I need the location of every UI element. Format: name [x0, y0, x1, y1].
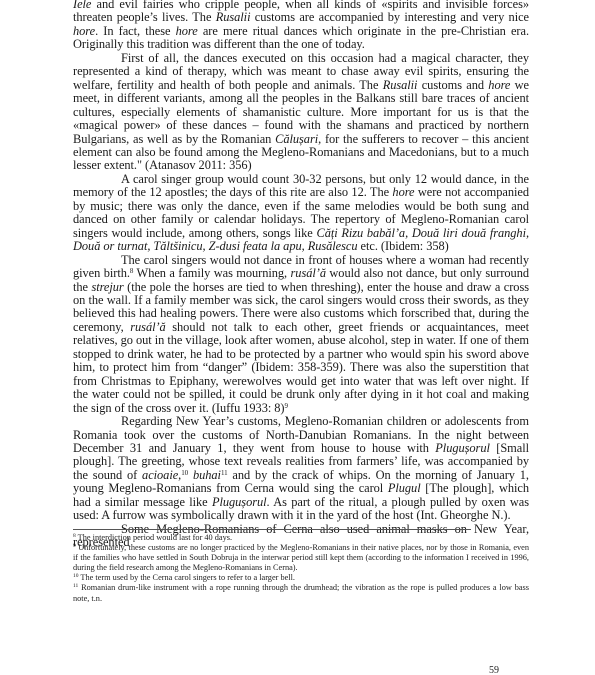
italic-term: hore [392, 185, 414, 199]
footnote-11: 11 Romanian drum-like instrument with a … [73, 583, 529, 603]
italic-term: strejur [91, 280, 123, 294]
italic-term: Rusalii [383, 78, 418, 92]
footnote-text: The term used by the Cerna carol singers… [79, 573, 296, 582]
body-paragraph: Iele and evil fairies who cripple people… [73, 0, 529, 52]
footnote-reference: 11 [221, 469, 228, 477]
italic-term: acioaie [142, 468, 178, 482]
text-run: should not talk to each other, greet fri… [73, 320, 529, 415]
italic-term: Călușari [275, 132, 318, 146]
italic-term: rusál’ă [291, 266, 326, 280]
body-paragraph: A carol singer group would count 30-32 p… [73, 173, 529, 254]
body-paragraph: The carol singers would not dance in fro… [73, 254, 529, 415]
italic-term: Rusalii [216, 10, 251, 24]
footnote-text: Unfortunately, these customs are no long… [73, 543, 529, 572]
italic-term: Plugușorul [212, 495, 267, 509]
footnote-text: Romanian drum-like instrument with a rop… [73, 583, 529, 602]
body-text: Iele and evil fairies who cripple people… [73, 0, 529, 550]
italic-term: hore [176, 24, 198, 38]
body-paragraph: First of all, the dances executed on thi… [73, 52, 529, 173]
footnote-separator [73, 529, 471, 530]
footnotes-section: 8 The interdiction period would last for… [73, 533, 529, 604]
page-number: 59 [489, 665, 499, 675]
italic-term: hore [488, 78, 510, 92]
text-run: . In fact, these [95, 24, 176, 38]
footnote-8: 8 The interdiction period would last for… [73, 533, 529, 543]
footnote-10: 10 The term used by the Cerna carol sing… [73, 573, 529, 583]
body-paragraph: Regarding New Year’s customs, Megleno-Ro… [73, 415, 529, 523]
footnote-text: The interdiction period would last for 4… [76, 533, 232, 542]
italic-term: buhai [193, 468, 221, 482]
italic-term: Plugușorul [435, 441, 490, 455]
italic-term: Plugul [388, 481, 421, 495]
text-run: When a family was mourning, [133, 266, 290, 280]
italic-term: Iele [73, 0, 91, 11]
document-page: Iele and evil fairies who cripple people… [73, 0, 529, 550]
text-run: customs are accompanied by interesting a… [250, 10, 529, 24]
text-run: customs and [417, 78, 488, 92]
italic-term: hore [73, 24, 95, 38]
text-run: etc. (Ibidem: 358) [358, 239, 449, 253]
footnote-9: 9 Unfortunately, these customs are no lo… [73, 543, 529, 573]
italic-term: rusál’ă [130, 320, 165, 334]
footnote-reference: 9 [285, 402, 288, 410]
